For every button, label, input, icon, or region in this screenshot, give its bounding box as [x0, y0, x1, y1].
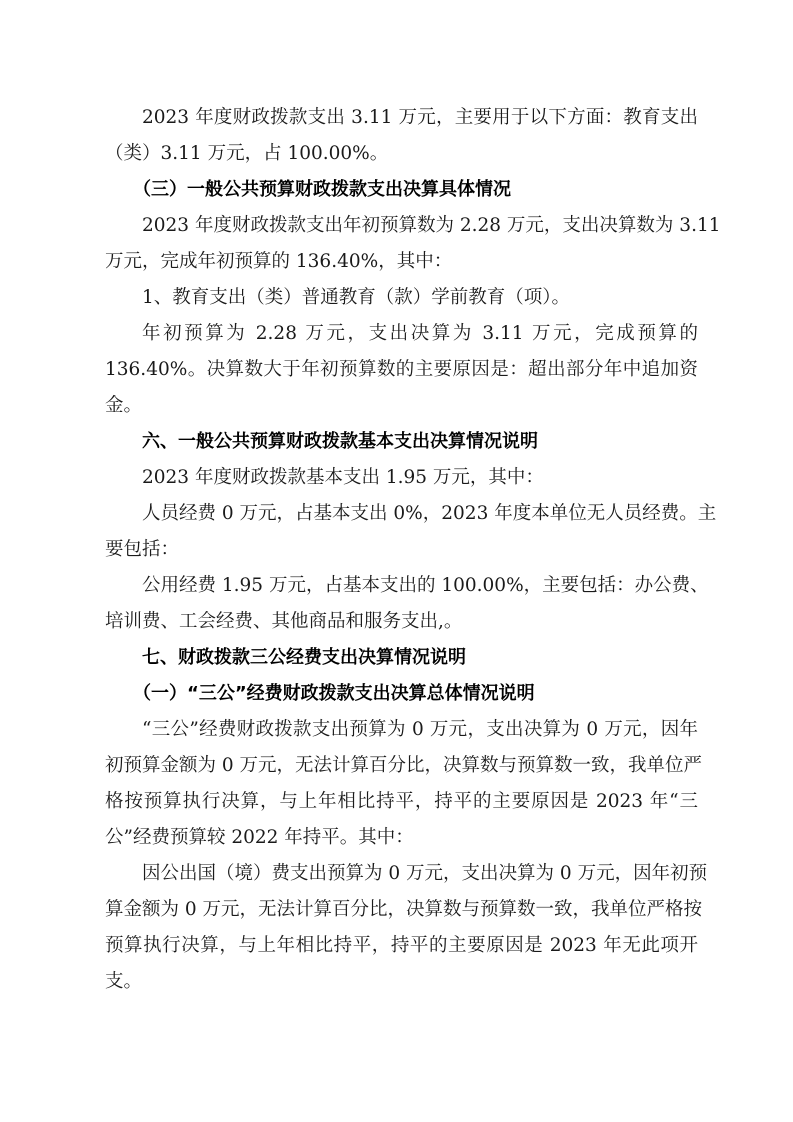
paragraph-line: 培训费、工会经费、其他商品和服务支出,。 — [105, 604, 698, 640]
paragraph-line: “三公”经费财政拨款支出预算为 0 万元，支出决算为 0 万元，因年 — [105, 712, 698, 748]
paragraph-line: 格按预算执行决算，与上年相比持平，持平的主要原因是 2023 年“三 — [105, 784, 698, 820]
paragraph-line: 金。 — [105, 388, 698, 424]
section-subheading: （三）一般公共预算财政拨款支出决算具体情况 — [105, 172, 698, 208]
section-subheading: （一）“三公”经费财政拨款支出决算总体情况说明 — [105, 676, 698, 712]
paragraph-line: 要包括： — [105, 532, 698, 568]
paragraph-line: 人员经费 0 万元，占基本支出 0%，2023 年度本单位无人员经费。主 — [105, 496, 698, 532]
paragraph-line: 136.40%。决算数大于年初预算数的主要原因是：超出部分年中追加资 — [105, 352, 698, 388]
paragraph-line: 2023 年度财政拨款支出年初预算数为 2.28 万元，支出决算数为 3.11 — [105, 208, 698, 244]
paragraph-line: 1、教育支出（类）普通教育（款）学前教育（项）。 — [105, 280, 698, 316]
paragraph-line: 年初预算为 2.28 万元，支出决算为 3.11 万元，完成预算的 — [105, 316, 698, 352]
paragraph-line: 预算执行决算，与上年相比持平，持平的主要原因是 2023 年无此项开 — [105, 928, 698, 964]
paragraph-line: 2023 年度财政拨款基本支出 1.95 万元，其中： — [105, 460, 698, 496]
paragraph-line: 2023 年度财政拨款支出 3.11 万元，主要用于以下方面：教育支出 — [105, 100, 698, 136]
paragraph-line: 万元，完成年初预算的 136.40%，其中： — [105, 244, 698, 280]
paragraph-line: 因公出国（境）费支出预算为 0 万元，支出决算为 0 万元，因年初预 — [105, 856, 698, 892]
paragraph-line: 算金额为 0 万元，无法计算百分比，决算数与预算数一致，我单位严格按 — [105, 892, 698, 928]
paragraph-line: 初预算金额为 0 万元，无法计算百分比，决算数与预算数一致，我单位严 — [105, 748, 698, 784]
paragraph-line: 公”经费预算较 2022 年持平。其中： — [105, 820, 698, 856]
paragraph-line: 公用经费 1.95 万元，占基本支出的 100.00%，主要包括：办公费、 — [105, 568, 698, 604]
section-heading: 六、一般公共预算财政拨款基本支出决算情况说明 — [105, 424, 698, 460]
section-heading: 七、财政拨款三公经费支出决算情况说明 — [105, 640, 698, 676]
paragraph-line: 支。 — [105, 964, 698, 1000]
paragraph-line: （类）3.11 万元，占 100.00%。 — [105, 136, 698, 172]
document-page: 2023 年度财政拨款支出 3.11 万元，主要用于以下方面：教育支出 （类）3… — [105, 100, 698, 1000]
